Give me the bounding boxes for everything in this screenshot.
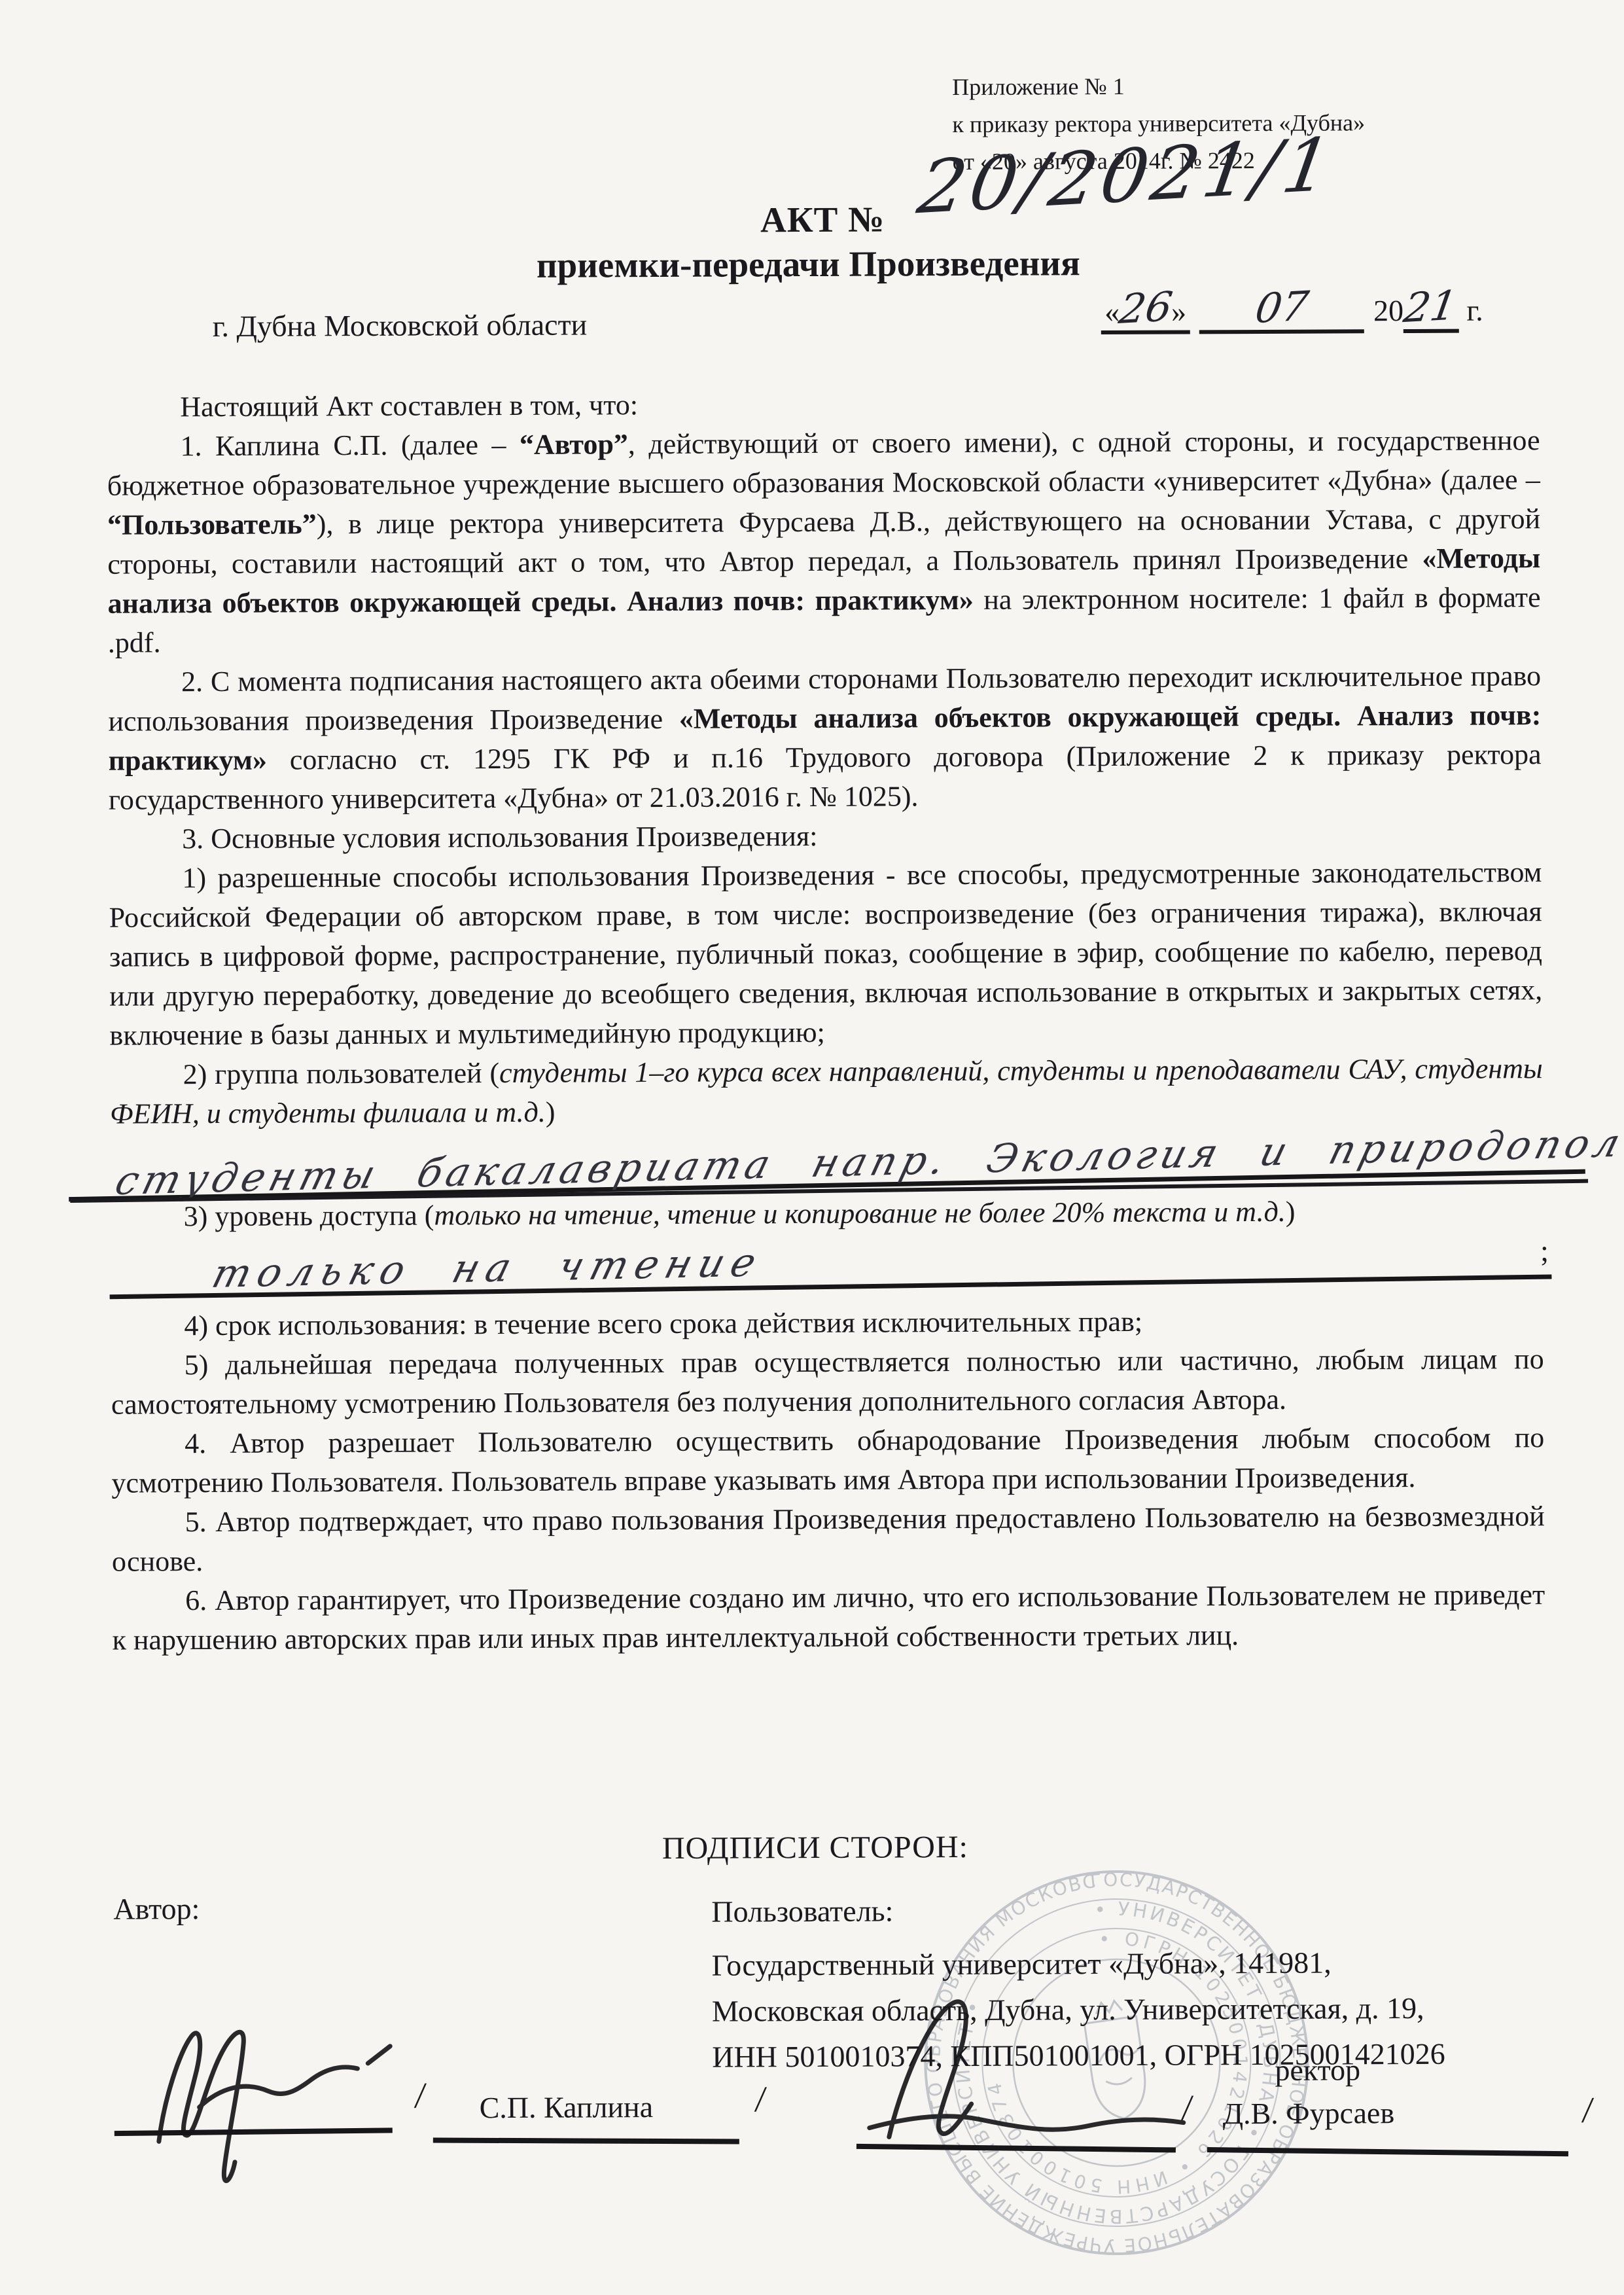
paragraph: 5. Автор подтверждает, что право пользов…: [112, 1497, 1545, 1582]
text-run: 2) группа пользователей (: [183, 1057, 500, 1090]
text-run: 1) разрешенные способы использования Про…: [109, 856, 1543, 1052]
author-signature-line: [115, 2127, 393, 2136]
author-party-label: Автор:: [113, 1891, 200, 1927]
text-run: 3. Основные условия использования Произв…: [182, 820, 817, 855]
paragraph: Настоящий Акт составлен в том, что:: [107, 382, 1540, 427]
date-month-group: 07: [1199, 293, 1364, 334]
date-year-printed: 20: [1373, 294, 1403, 327]
date-year-suffix: г.: [1466, 294, 1483, 327]
date-year-group: 21: [1403, 293, 1459, 333]
text-run: 6. Автор гарантирует, что Произведение с…: [112, 1578, 1545, 1656]
paragraph: 4) срок использования: в течение всего с…: [111, 1300, 1544, 1346]
text-run: ): [546, 1096, 556, 1128]
quote-close: »: [1171, 294, 1186, 328]
scan-tilt-wrapper: ГОСУДАРСТВЕННОЕ БЮДЖЕТНОЕ ОБРАЗОВАТЕЛЬНО…: [0, 0, 1624, 2295]
text-run: Настоящий Акт составлен в том, что:: [180, 389, 638, 423]
paragraph: 3. Основные условия использования Произв…: [109, 813, 1542, 859]
paragraph: 4. Автор разрешает Пользователю осуществ…: [111, 1418, 1545, 1503]
text-run: только на чтение, чтение и копирование н…: [434, 1196, 1286, 1232]
place-line: г. Дубна Московской области: [213, 307, 588, 343]
handwritten-fill-line: только на чтение;: [109, 1224, 1552, 1299]
author-signature-ink: [158, 2031, 391, 2181]
slash-separator: /: [413, 2075, 427, 2117]
author-name-line: [433, 2138, 739, 2144]
text-run: 4. Автор разрешает Пользователю осуществ…: [111, 1421, 1544, 1499]
text-run: 4) срок использования: в течение всего с…: [184, 1306, 1142, 1342]
paragraph: 2) группа пользователей (студенты 1–го к…: [110, 1049, 1544, 1134]
rector-position: ректор: [1275, 2052, 1360, 2088]
text-run: 5) дальнейшая передача полученных прав о…: [111, 1343, 1544, 1421]
user-party-block: Пользователь: Государственный университе…: [711, 1886, 1445, 2080]
date-day-group: «26»: [1101, 294, 1190, 334]
act-number-handwritten: 20/2021/1: [913, 128, 1340, 225]
paragraph: 2. С момента подписания настоящего акта …: [108, 656, 1542, 820]
text-run: согласно ст. 1295 ГК РФ и п.16 Трудового…: [109, 738, 1542, 816]
user-org-line: Государственный университет «Дубна», 141…: [712, 1940, 1445, 1989]
printed-suffix: ;: [1540, 1232, 1549, 1271]
text-run: “Пользователь”: [107, 508, 317, 541]
paragraph: 1) разрешенные способы использования Про…: [109, 853, 1542, 1056]
signatures-heading: ПОДПИСИ СТОРОН:: [3, 1826, 1624, 1870]
text-run: 1. Каплина С.П. (далее –: [180, 429, 520, 462]
slash-separator: /: [1580, 2090, 1595, 2131]
paragraph: 6. Автор гарантирует, что Произведение с…: [112, 1575, 1545, 1660]
text-run: ): [1286, 1196, 1296, 1228]
date-year-handwritten: 21: [1403, 293, 1459, 321]
text-run: 5. Автор подтверждает, что право пользов…: [112, 1500, 1545, 1578]
date-block: «26»072021 г.: [1101, 293, 1483, 335]
user-party-label: Пользователь:: [711, 1886, 1445, 1935]
date-day-handwritten: 26: [1118, 294, 1174, 323]
text-run: ), в лице ректора университета Фурсаева …: [107, 503, 1540, 580]
annex-header-line: Приложение № 1: [952, 67, 1365, 106]
author-name: С.П. Каплина: [480, 2090, 654, 2125]
slash-separator: /: [753, 2078, 768, 2120]
rector-name: Д.В. Фурсаев: [1223, 2095, 1395, 2131]
text-run: 3) уровень доступа (: [184, 1200, 434, 1233]
paragraph: 1. Каплина С.П. (далее – “Автор”, действ…: [107, 421, 1541, 663]
paragraph: 5) дальнейшая передача полученных прав о…: [111, 1340, 1545, 1425]
document-body: Настоящий Акт составлен в том, что:1. Ка…: [107, 382, 1545, 1660]
date-month-handwritten: 07: [1254, 293, 1310, 322]
user-org-line: Московская область, Дубна, ул. Университ…: [712, 1985, 1445, 2035]
text-run: “Автор”: [520, 428, 628, 461]
handwritten-text: только на чтение: [208, 1243, 767, 1294]
scanned-document-page: ГОСУДАРСТВЕННОЕ БЮДЖЕТНОЕ ОБРАЗОВАТЕЛЬНО…: [0, 0, 1624, 2295]
act-subtitle: приемки-передачи Произведения: [0, 240, 1620, 289]
act-title-label: АКТ №: [760, 199, 885, 241]
